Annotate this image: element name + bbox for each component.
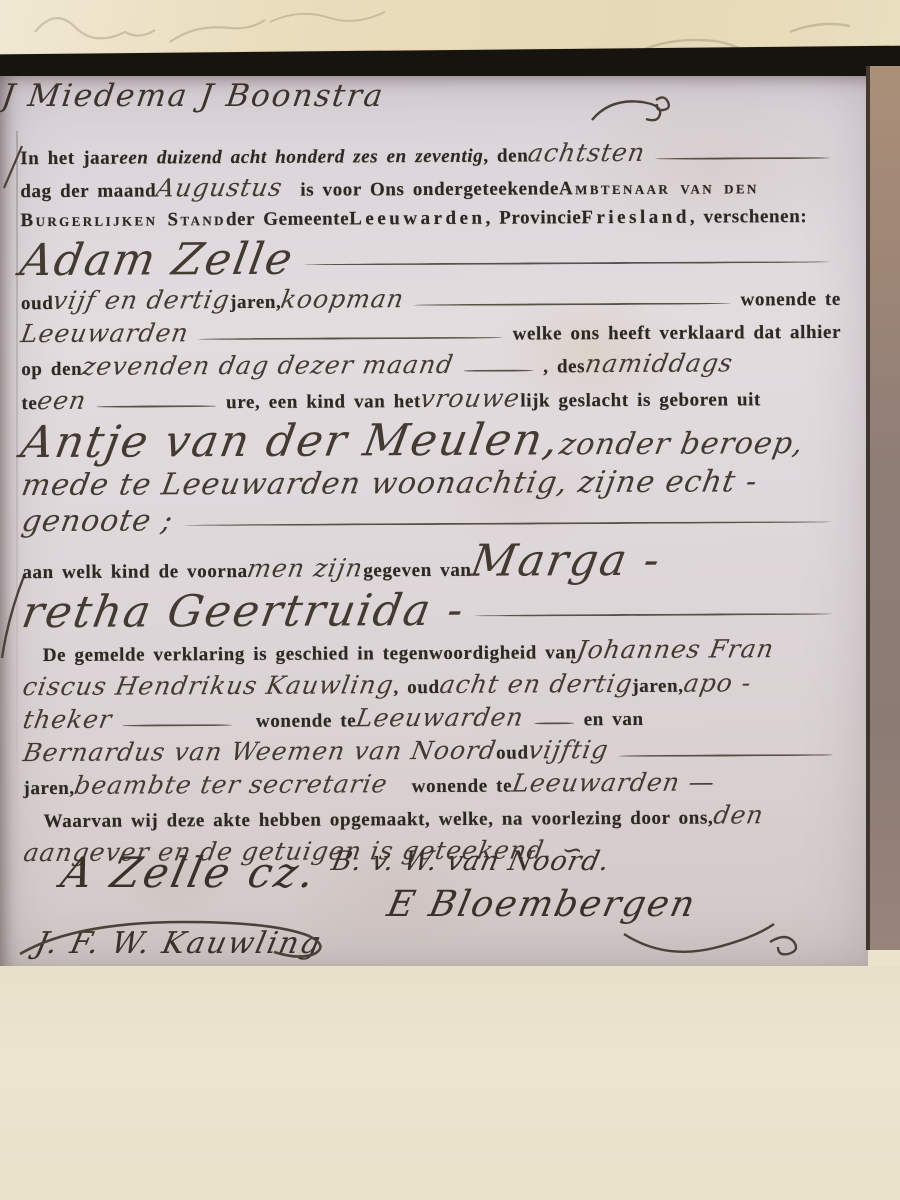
handwritten-text: Augustus <box>154 174 285 203</box>
handwritten-text: vrouwe <box>418 384 522 413</box>
document-line: oud vijf en dertig jaren, koopmanwonende… <box>21 283 841 318</box>
document-line: Adam Zelle <box>21 234 841 284</box>
handwritten-text: zonder beroep, <box>557 427 807 461</box>
printed-text: der Gemeente <box>226 207 349 234</box>
handwritten-text: koopman <box>279 285 407 314</box>
printed-text: , verschenen: <box>690 204 808 231</box>
printed-text: is voor Ons ondergeteekende <box>300 177 559 205</box>
printed-text: , den <box>483 143 528 169</box>
handwritten-text: beambte ter secretarie <box>72 770 390 800</box>
document-line: Leeuwardenwelke ons heeft verklaard dat … <box>21 316 841 351</box>
document-line: retha Geertruida - <box>22 586 842 636</box>
document-line: aan welk kind de voornamen zijn gegeven … <box>22 537 842 587</box>
document-line: ciscus Hendrikus Kauwling, oud acht en d… <box>23 668 843 703</box>
document-line: Waarvan wij deze akte hebben opgemaakt, … <box>24 801 844 836</box>
document-line: jaren, beambte ter secretariewonende te … <box>23 768 843 803</box>
signature-adam-zelle: A Zelle cz. <box>57 848 322 897</box>
document-line: De gemelde verklaring is geschied in teg… <box>23 635 843 670</box>
signature-kauwling: J. F. W. Kauwling <box>32 926 325 961</box>
handwritten-text: men zijn <box>245 554 365 583</box>
printed-text: een duizend acht honderd zes en zeventig <box>119 144 483 172</box>
margin-paraph-mark <box>588 90 678 130</box>
handwritten-text: namiddags <box>583 350 735 380</box>
signature-bloembergen: E Bloembergen <box>384 884 701 925</box>
document-line: genoote ; <box>22 501 842 538</box>
backing-mat <box>0 966 900 1200</box>
handwritten-text: acht en dertig <box>437 669 635 699</box>
printed-text: oud <box>496 740 529 766</box>
handwritten-text: theker <box>21 705 115 734</box>
certificate-page: J Miedema J Boonstra In het jaar een dui… <box>0 76 868 966</box>
printed-text: wonende te <box>412 774 512 801</box>
rule-dash <box>199 337 503 341</box>
signature-van-weemen-van-noord: B. v. W. van Noord. <box>329 846 613 877</box>
handwritten-text: den <box>711 802 766 831</box>
rule-dash <box>96 405 216 408</box>
handwritten-text: Antje van der Meulen, <box>18 417 564 466</box>
printed-text: jaren, <box>230 290 281 316</box>
printed-text: jaren, <box>632 673 683 699</box>
document-lines: In het jaar een duizend acht honderd zes… <box>20 138 844 871</box>
printed-text: aan welk kind de voorna <box>22 559 247 586</box>
handwritten-text: Marga - <box>468 538 665 585</box>
handwritten-text: Bernardus van Weemen van Noord <box>21 737 499 768</box>
handwritten-text: zevenden dag dezer maand <box>80 351 456 382</box>
handwritten-text: ciscus Hendrikus Kauwling <box>20 671 395 702</box>
printed-text: Burgerlijken Stand <box>20 208 226 235</box>
printed-text: oud <box>21 291 54 317</box>
handwritten-text: vijf en dertig <box>51 286 233 316</box>
rule-dash <box>534 722 574 724</box>
handwritten-text: achtsten <box>526 139 648 168</box>
printed-text: De gemelde verklaring is geschied in teg… <box>43 641 577 670</box>
document-line: In het jaar een duizend acht honderd zes… <box>20 138 840 173</box>
printed-text: Waarvan wij deze akte hebben opgemaakt, … <box>44 806 714 836</box>
rule-dash <box>655 157 830 160</box>
page-crease <box>16 131 18 891</box>
handwritten-text: Adam Zelle <box>17 236 298 284</box>
document-line: dag der maand Augustus is voor Ons onder… <box>20 171 840 206</box>
document-line: thekerwonende te Leeuwarden en van <box>23 702 843 737</box>
handwritten-text: retha Geertruida - <box>19 588 469 637</box>
document-line: te een ure, een kind van het vrouwe lijk… <box>21 382 841 417</box>
rule-dash <box>183 521 832 526</box>
printed-text: Friesland <box>581 205 690 232</box>
document-line: mede te Leeuwarden woonachtig, zijne ech… <box>22 465 842 502</box>
document-line: Burgerlijken Stand der Gemeente Leeuward… <box>20 204 840 235</box>
printed-text: , des <box>543 354 585 380</box>
printed-text: Leeuwarden <box>349 206 485 233</box>
rule-dash <box>414 302 730 306</box>
printed-text: wonende te <box>256 708 356 735</box>
handwritten-text: mede te Leeuwarden woonachtig, zijne ech… <box>19 465 760 502</box>
margin-note: J Miedema J Boonstra <box>0 78 387 114</box>
printed-text: en van <box>584 707 644 734</box>
rule-dash <box>475 613 833 617</box>
rule-dash <box>619 754 834 757</box>
photo-of-birth-certificate: J Miedema J Boonstra In het jaar een dui… <box>0 0 900 1200</box>
document-line: Bernardus van Weemen van Noord oud vijft… <box>23 735 843 770</box>
handwritten-text: Leeuwarden <box>19 319 191 349</box>
printed-text: gegeven van <box>363 558 471 585</box>
printed-text: ure, een kind van het <box>226 389 421 416</box>
book-binding-strip <box>866 66 900 950</box>
printed-text: Ambtenaar van den <box>559 176 759 203</box>
handwritten-text: Leeuwarden — <box>510 769 717 799</box>
printed-text: , Provincie <box>485 206 581 233</box>
printed-text: , oud <box>393 674 439 700</box>
handwritten-text: genoote ; <box>19 504 176 538</box>
printed-text: wonende te <box>741 287 841 314</box>
document-line: op den zevenden dag dezer maand, des nam… <box>21 349 841 384</box>
printed-text: jaren, <box>23 776 74 802</box>
rule-dash <box>463 370 533 372</box>
printed-text: op den <box>21 357 82 384</box>
handwritten-text: apo - <box>681 669 753 698</box>
handwritten-text: Johannes Fran <box>574 635 776 665</box>
rule-dash <box>303 261 830 266</box>
handwritten-text: vijftig <box>526 736 611 765</box>
handwritten-text: een <box>35 386 89 415</box>
printed-text: In het jaar <box>20 146 119 173</box>
printed-text: lijk geslacht is geboren uit <box>520 387 761 414</box>
document-line: Antje van der Meulen, zonder beroep, <box>22 416 842 466</box>
printed-text: welke ons heeft verklaard dat alhier <box>513 320 842 348</box>
handwritten-text: Leeuwarden <box>354 703 526 733</box>
rule-dash <box>122 724 232 727</box>
printed-text: dag der maand <box>20 179 156 206</box>
